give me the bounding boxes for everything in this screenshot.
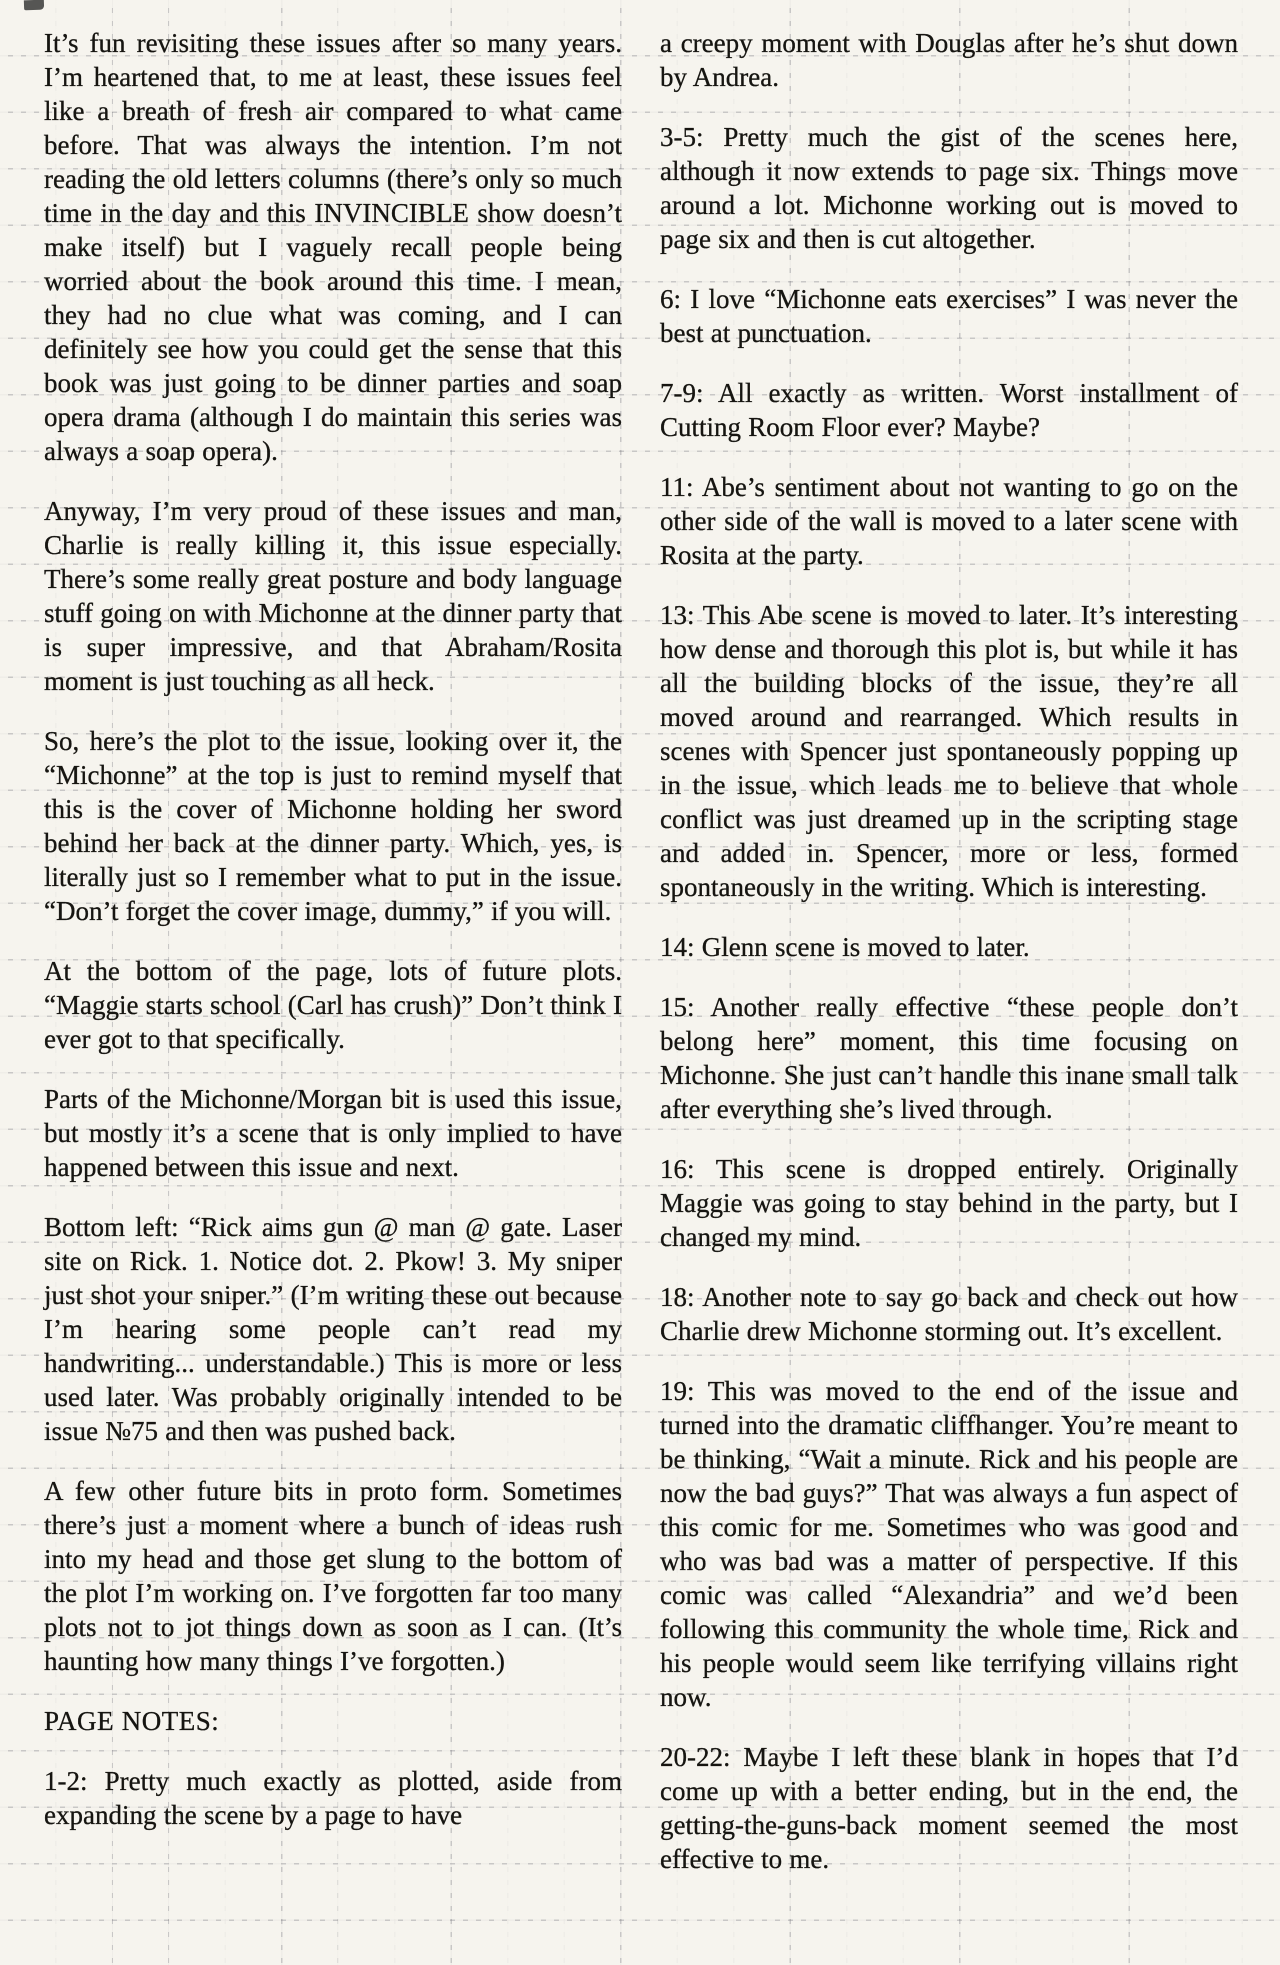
paragraph: A few other future bits in proto form. S…	[44, 1474, 622, 1678]
paragraph: 11: Abe’s sentiment about not wanting to…	[660, 470, 1238, 572]
left-column: It’s fun revisiting these issues after s…	[44, 26, 622, 1965]
paragraph: a creepy moment with Douglas after he’s …	[660, 26, 1238, 94]
paragraph: Bottom left: “Rick aims gun @ man @ gate…	[44, 1210, 622, 1448]
paragraph: 1-2: Pretty much exactly as plotted, asi…	[44, 1764, 622, 1832]
paragraph: 14: Glenn scene is moved to later.	[660, 930, 1238, 964]
paragraph: Parts of the Michonne/Morgan bit is used…	[44, 1082, 622, 1184]
page-notes-heading: PAGE NOTES:	[44, 1704, 622, 1738]
paragraph: 19: This was moved to the end of the iss…	[660, 1374, 1238, 1714]
paragraph: At the bottom of the page, lots of futur…	[44, 954, 622, 1056]
paragraph: 16: This scene is dropped entirely. Orig…	[660, 1152, 1238, 1254]
paragraph: 18: Another note to say go back and chec…	[660, 1280, 1238, 1348]
paragraph: It’s fun revisiting these issues after s…	[44, 26, 622, 468]
scan-artifact-mark	[24, 0, 44, 10]
paragraph: 3-5: Pretty much the gist of the scenes …	[660, 120, 1238, 256]
paragraph: 6: I love “Michonne eats exercises” I wa…	[660, 282, 1238, 350]
paragraph: So, here’s the plot to the issue, lookin…	[44, 724, 622, 928]
paragraph: 15: Another really effective “these peop…	[660, 990, 1238, 1126]
scanned-letters-page: { "page": { "background_color": "#f6f4ee…	[0, 0, 1280, 1965]
letters-page: It’s fun revisiting these issues after s…	[0, 0, 1280, 1965]
paragraph: Anyway, I’m very proud of these issues a…	[44, 494, 622, 698]
paragraph: 20-22: Maybe I left these blank in hopes…	[660, 1740, 1238, 1876]
paragraph: 7-9: All exactly as written. Worst insta…	[660, 376, 1238, 444]
paragraph: 13: This Abe scene is moved to later. It…	[660, 598, 1238, 904]
right-column: a creepy moment with Douglas after he’s …	[660, 26, 1238, 1965]
